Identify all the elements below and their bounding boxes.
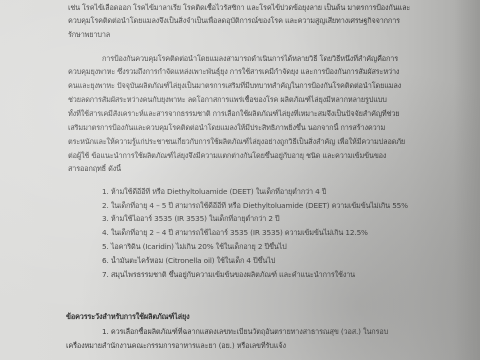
recommendation-item-7: 7. สมุนไพรธรรมชาติ ขึ้นอยู่กับความเข้มข้… <box>102 270 355 280</box>
main-paragraph-line-3: คนและยุงพาหะ ปัจจุบันผลิตภัณฑ์ไล่ยุงเป็น… <box>68 81 401 91</box>
document-photo: เช่น โรคไข้เลือดออก โรคไข้มาลาเรีย โรคติ… <box>0 0 480 360</box>
main-paragraph-line-2: ควบคุมยุงพาหะ ซึ่งรวมถึงการกำจัดแหล่งเพา… <box>68 67 399 77</box>
precaution-item-1-line-1: 1. ควรเลือกซื้อผลิตภัณฑ์ที่ฉลากแสดงเลขทะ… <box>102 327 388 337</box>
recommendation-item-6: 6. น้ำมันตะไคร้หอม (Citronella oil) ใช้ใ… <box>102 256 275 266</box>
precautions-heading: ข้อควรระวังสำหรับการใช้ผลิตภัณฑ์ไล่ยุง <box>66 312 190 322</box>
intro-line-3: รักษาพยาบาล <box>68 30 110 40</box>
main-paragraph-line-7: ตระหนักและให้ความรู้แก่ประชาชนเกี่ยวกับก… <box>68 137 405 147</box>
main-paragraph-line-1: การป้องกันควบคุมโรคติดต่อนำโดยแมลงสามารถ… <box>102 54 398 64</box>
recommendation-item-2: 2. ในเด็กที่อายุ 4 – 5 ปี สามารถใช้ดีอีอ… <box>102 201 408 211</box>
intro-line-1: เช่น โรคไข้เลือดออก โรคไข้มาลาเรีย โรคติ… <box>68 3 410 13</box>
main-paragraph-line-8: ต่อผู้ใช้ ข้อแนะนำการใช้ผลิตภัณฑ์ไล่ยุงจ… <box>68 151 386 161</box>
main-paragraph-line-6: เสริมมาตรการป้องกันและควบคุมโรคติดต่อนำโ… <box>68 123 385 133</box>
recommendation-item-3: 3. ห้ามใช้ไออาร์ 3535 (IR 3535) ในเด็กที… <box>102 214 280 224</box>
intro-line-2: ควบคุมโรคติดต่อนำโดยแมลงจึงเป็นสิ่งจำเป็… <box>68 16 400 26</box>
precaution-item-1-line-2: เครื่องหมายสำนักงานคณะกรรมการอาหารและยา … <box>66 341 286 351</box>
main-paragraph-line-9: สารออกฤทธิ์ ดังนี้ <box>68 164 121 174</box>
main-paragraph-line-5: ทั้งที่ใช้สารเคมีสังเคราะห์และสารจากธรรม… <box>68 109 399 119</box>
main-paragraph-line-4: ช่วยลดการสัมผัสระหว่างคนกับยุงพาหะ ลดโอก… <box>68 95 387 105</box>
page-edge-shadow <box>454 0 480 360</box>
recommendation-item-5: 5. ไอคาริดิน (Icaridin) ไม่เกิน 20% ใช้ใ… <box>102 242 287 252</box>
recommendation-item-4: 4. ในเด็กที่อายุ 2 – 4 ปี สามารถใช้ไออาร… <box>102 228 368 238</box>
recommendation-item-1: 1. ห้ามใช้ดีอีอีที หรือ Diethyltoluamide… <box>102 187 326 197</box>
